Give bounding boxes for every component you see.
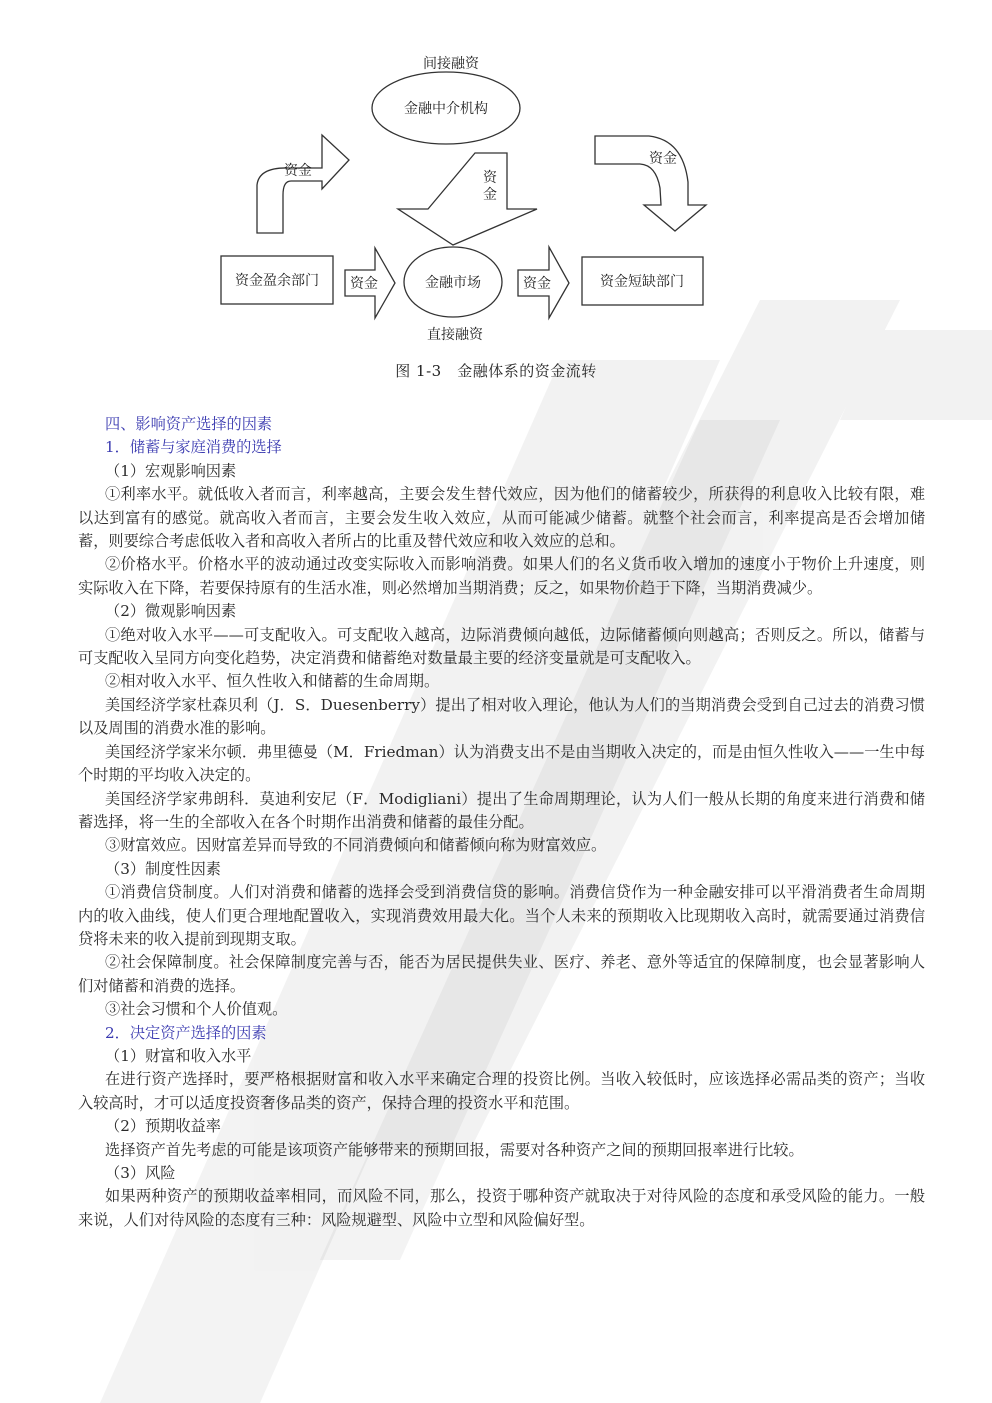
subsection-heading-2: 2．决定资产选择的因素 xyxy=(105,1022,925,1045)
risk-heading: （3）风险 xyxy=(105,1162,925,1185)
paragraph-price-level: ②价格水平。价格水平的波动通过改变实际收入而影响消费。如果人们的名义货币收入增加… xyxy=(78,553,925,600)
fund-flow-diagram: 间接融资 金融中介机构 金融市场 资金盈余部门 资金短缺部门 直接融资 资金 资… xyxy=(0,0,992,400)
institutional-factors-heading: （3）制度性因素 xyxy=(105,858,925,881)
paragraph-absolute-income: ①绝对收入水平——可支配收入。可支配收入越高，边际消费倾向越低，边际储蓄倾向则越… xyxy=(78,624,925,671)
curved-arrow-up-right-icon xyxy=(257,135,349,233)
direct-finance-label: 直接融资 xyxy=(427,326,484,343)
paragraph-risk: 如果两种资产的预期收益率相同，而风险不同，那么，投资于哪种资产就取决于对待风险的… xyxy=(78,1185,925,1232)
expected-return-heading: （2）预期收益率 xyxy=(105,1115,925,1138)
paragraph-modigliani: 美国经济学家弗朗科．莫迪利安尼（F．Modigliani）提出了生命周期理论，认… xyxy=(78,788,925,835)
arrow-label-left: 资金 xyxy=(350,276,378,292)
paragraph-consumer-credit: ①消费信贷制度。人们对消费和储蓄的选择会受到消费信贷的影响。消费信贷作为一种金融… xyxy=(78,881,925,951)
section-heading: 四、影响资产选择的因素 xyxy=(105,413,925,436)
indirect-finance-label: 间接融资 xyxy=(423,55,480,72)
paragraph-social-security: ②社会保障制度。社会保障制度完善与否，能否为居民提供失业、医疗、养老、意外等适宜… xyxy=(78,951,925,998)
paragraph-wealth-income: 在进行资产选择时，要严格根据财富和收入水平来确定合理的投资比例。当收入较低时，应… xyxy=(78,1068,925,1115)
wealth-income-heading: （1）财富和收入水平 xyxy=(105,1045,925,1068)
subsection-heading-1: 1．储蓄与家庭消费的选择 xyxy=(105,436,925,459)
arrow-label-up-right: 资金 xyxy=(284,163,312,179)
paragraph-expected-return: 选择资产首先考虑的可能是该项资产能够带来的预期回报，需要对各种资产之间的预期回报… xyxy=(78,1139,925,1162)
arrow-label-down-1: 资 xyxy=(483,170,498,186)
macro-factors-heading: （1）宏观影响因素 xyxy=(105,460,925,483)
paragraph-relative-income: ②相对收入水平、恒久性收入和储蓄的生命周期。 xyxy=(78,670,925,693)
paragraph-wealth-effect: ③财富效应。因财富差异而导致的不同消费倾向和储蓄倾向称为财富效应。 xyxy=(78,834,925,857)
arrow-label-down-2: 金 xyxy=(483,187,497,203)
intermediary-label: 金融中介机构 xyxy=(404,100,488,117)
figure-caption: 图 1-3 金融体系的资金流转 xyxy=(0,360,992,381)
down-arrow-icon xyxy=(398,153,537,245)
surplus-unit-label: 资金盈余部门 xyxy=(235,273,319,289)
document-body: 四、影响资产选择的因素 1．储蓄与家庭消费的选择 （1）宏观影响因素 ①利率水平… xyxy=(105,413,925,1232)
paragraph-interest-rate: ①利率水平。就低收入者而言，利率越高，主要会发生替代效应，因为他们的储蓄较少，所… xyxy=(78,483,925,553)
paragraph-social-habits: ③社会习惯和个人价值观。 xyxy=(78,998,925,1021)
paragraph-duesenberry: 美国经济学家杜森贝利（J．S．Duesenberry）提出了相对收入理论，他认为… xyxy=(78,694,925,741)
market-label: 金融市场 xyxy=(425,274,481,291)
arrow-label-right: 资金 xyxy=(523,276,551,292)
micro-factors-heading: （2）微观影响因素 xyxy=(105,600,925,623)
arrow-label-right-down: 资金 xyxy=(649,151,677,167)
paragraph-friedman: 美国经济学家米尔顿．弗里德曼（M．Friedman）认为消费支出不是由当期收入决… xyxy=(78,741,925,788)
deficit-unit-label: 资金短缺部门 xyxy=(600,273,684,290)
